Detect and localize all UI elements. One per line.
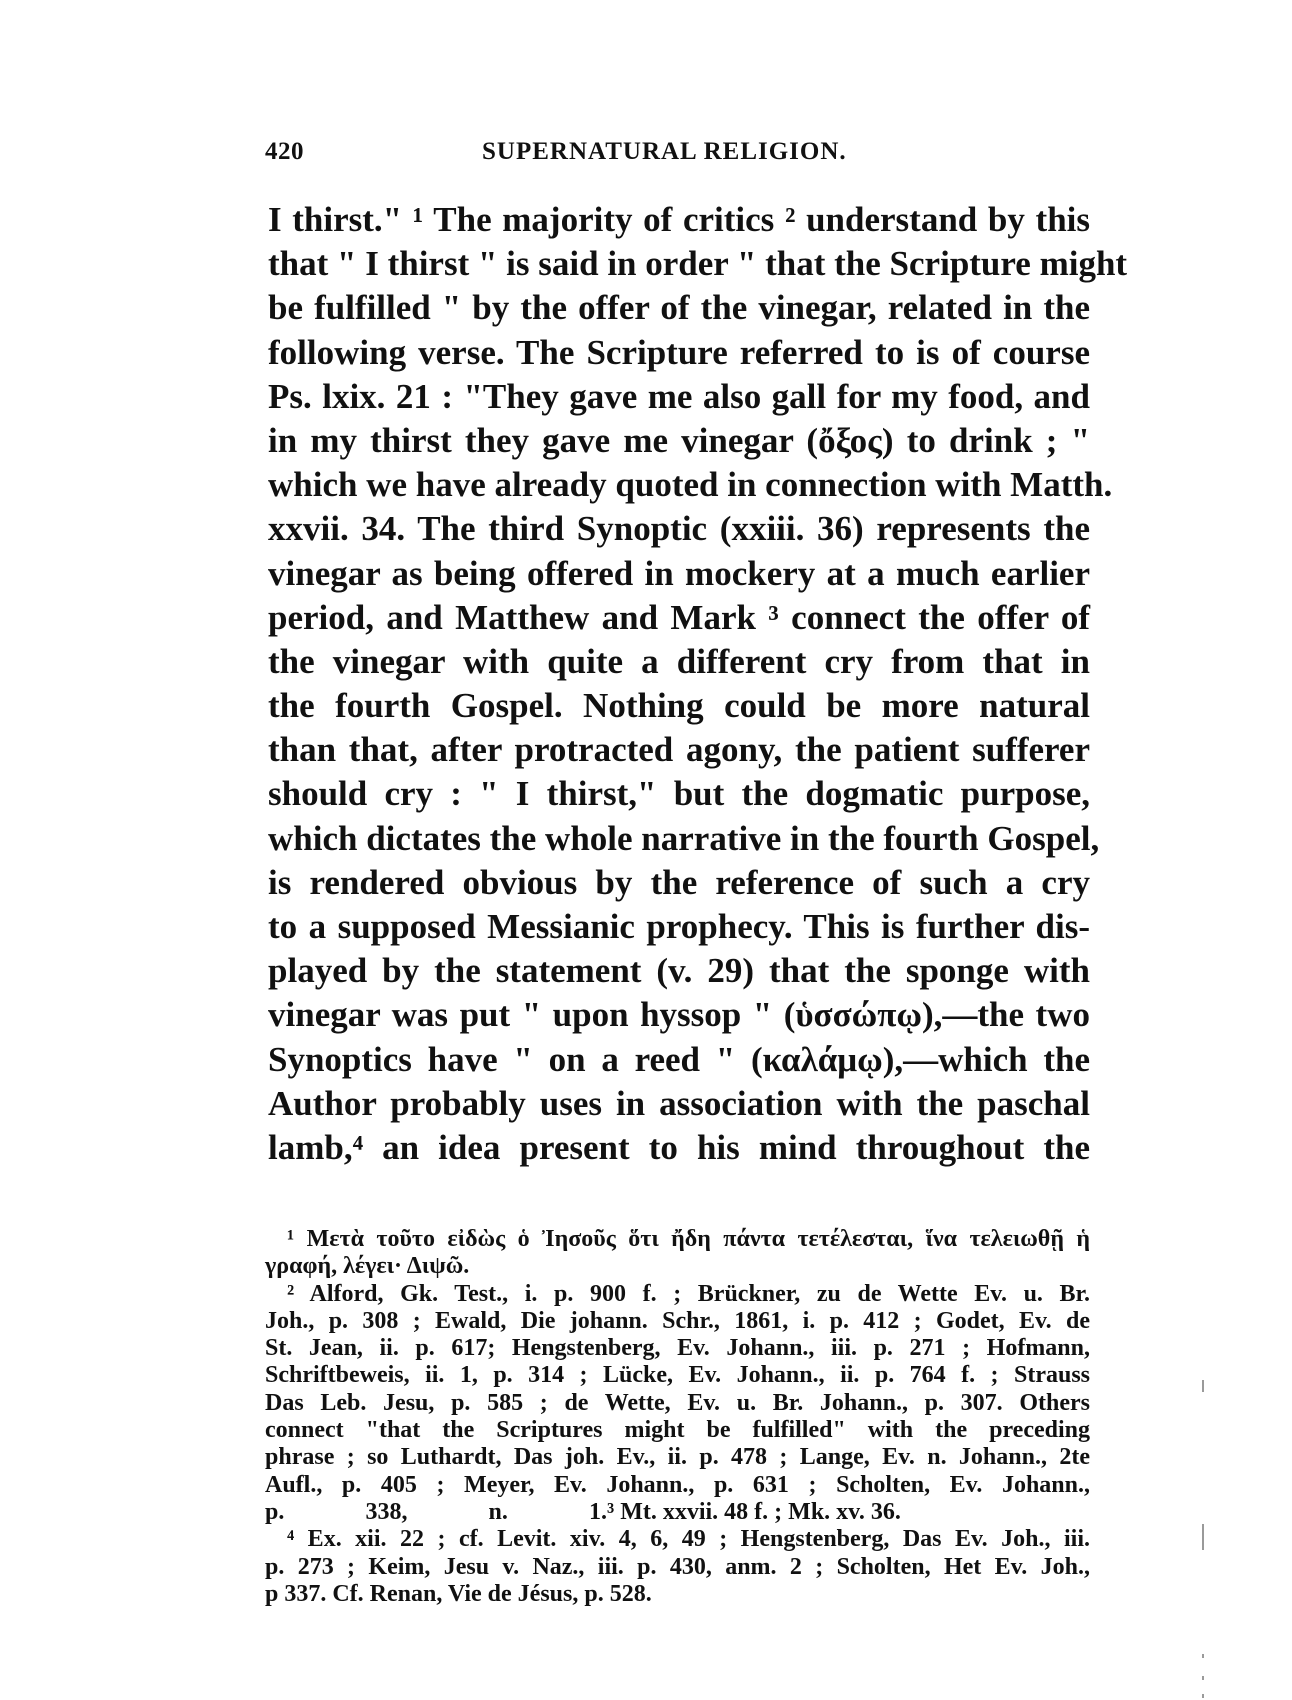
- body-line: vinegar as being offered in mockery at a…: [268, 552, 1090, 596]
- footnote-2-line: St. Jean, ii. p. 617; Hengstenberg, Ev. …: [265, 1335, 1090, 1362]
- body-line: I thirst." ¹ The majority of critics ² u…: [268, 198, 1090, 242]
- footnote-2-end: p. 338, n. 1.: [265, 1499, 607, 1526]
- footnote-2-line: Joh., p. 308 ; Ewald, Die johann. Schr.,…: [265, 1308, 1090, 1335]
- scan-artifact: [1202, 1524, 1204, 1550]
- body-line: period, and Matthew and Mark ³ connect t…: [268, 596, 1090, 640]
- footnote-split-line: p. 338, n. 1. ³ Mt. xxvii. 48 f. ; Mk. x…: [265, 1499, 1090, 1526]
- footnote-1-line: γραφή, λέγει· Διψῶ.: [265, 1253, 1090, 1280]
- page-number: 420: [265, 138, 304, 166]
- footnote-2-line: connect "that the Scriptures might be fu…: [265, 1417, 1090, 1444]
- body-line: the vinegar with quite a different cry f…: [268, 640, 1090, 684]
- scan-artifact: [1202, 1380, 1204, 1392]
- body-line: that " I thirst " is said in order " tha…: [268, 242, 1090, 286]
- footnote-4-line: p. 273 ; Keim, Jesu v. Naz., iii. p. 430…: [265, 1554, 1090, 1581]
- body-line: to a supposed Messianic prophecy. This i…: [268, 905, 1090, 949]
- footnotes: ¹ Μετὰ τοῦτο εἰδὼς ὁ Ἰησοῦς ὅτι ἤδη πάντ…: [265, 1226, 1090, 1608]
- scan-artifact: [1202, 1676, 1204, 1680]
- footnote-2-line: Aufl., p. 405 ; Meyer, Ev. Johann., p. 6…: [265, 1472, 1090, 1499]
- footnote-3: ³ Mt. xxvii. 48 f. ; Mk. xv. 36.: [607, 1499, 901, 1526]
- body-line: which we have already quoted in connecti…: [268, 463, 1090, 507]
- running-head: 420 SUPERNATURAL RELIGION.: [262, 138, 1092, 174]
- footnote-1-line: ¹ Μετὰ τοῦτο εἰδὼς ὁ Ἰησοῦς ὅτι ἤδη πάντ…: [265, 1226, 1090, 1253]
- running-title: SUPERNATURAL RELIGION.: [482, 138, 847, 166]
- footnote-2-line: Das Leb. Jesu, p. 585 ; de Wette, Ev. u.…: [265, 1390, 1090, 1417]
- body-line: xxvii. 34. The third Synoptic (xxiii. 36…: [268, 507, 1090, 551]
- body-line: is rendered obvious by the reference of …: [268, 861, 1090, 905]
- body-line: than that, after protracted agony, the p…: [268, 728, 1090, 772]
- body-line: following verse. The Scripture referred …: [268, 331, 1090, 375]
- footnote-2-line: phrase ; so Luthardt, Das joh. Ev., ii. …: [265, 1444, 1090, 1471]
- footnote-4-line: p 337. Cf. Renan, Vie de Jésus, p. 528.: [265, 1581, 1090, 1608]
- body-line: lamb,⁴ an idea present to his mind throu…: [268, 1126, 1090, 1170]
- body-line: be fulfilled " by the offer of the vineg…: [268, 286, 1090, 330]
- body-text: I thirst." ¹ The majority of critics ² u…: [268, 198, 1090, 1170]
- scan-artifact: [1202, 1694, 1204, 1698]
- body-line: in my thirst they gave me vinegar (ὄξος)…: [268, 419, 1090, 463]
- book-page: 420 SUPERNATURAL RELIGION. I thirst." ¹ …: [0, 0, 1292, 1700]
- body-line: Ps. lxix. 21 : "They gave me also gall f…: [268, 375, 1090, 419]
- body-line: Author probably uses in association with…: [268, 1082, 1090, 1126]
- body-line: Synoptics have " on a reed " (καλάμῳ),—w…: [268, 1038, 1090, 1082]
- scan-artifact: [1202, 1654, 1204, 1658]
- body-line: which dictates the whole narrative in th…: [268, 817, 1090, 861]
- footnote-4-line: ⁴ Ex. xii. 22 ; cf. Levit. xiv. 4, 6, 49…: [265, 1526, 1090, 1553]
- footnote-2-line: Schriftbeweis, ii. 1, p. 314 ; Lücke, Ev…: [265, 1362, 1090, 1389]
- body-line: should cry : " I thirst," but the dogmat…: [268, 772, 1090, 816]
- body-line: vinegar was put " upon hyssop " (ὑσσώπῳ)…: [268, 993, 1090, 1037]
- body-line: the fourth Gospel. Nothing could be more…: [268, 684, 1090, 728]
- body-line: played by the statement (v. 29) that the…: [268, 949, 1090, 993]
- footnote-2-line: ² Alford, Gk. Test., i. p. 900 f. ; Brüc…: [265, 1281, 1090, 1308]
